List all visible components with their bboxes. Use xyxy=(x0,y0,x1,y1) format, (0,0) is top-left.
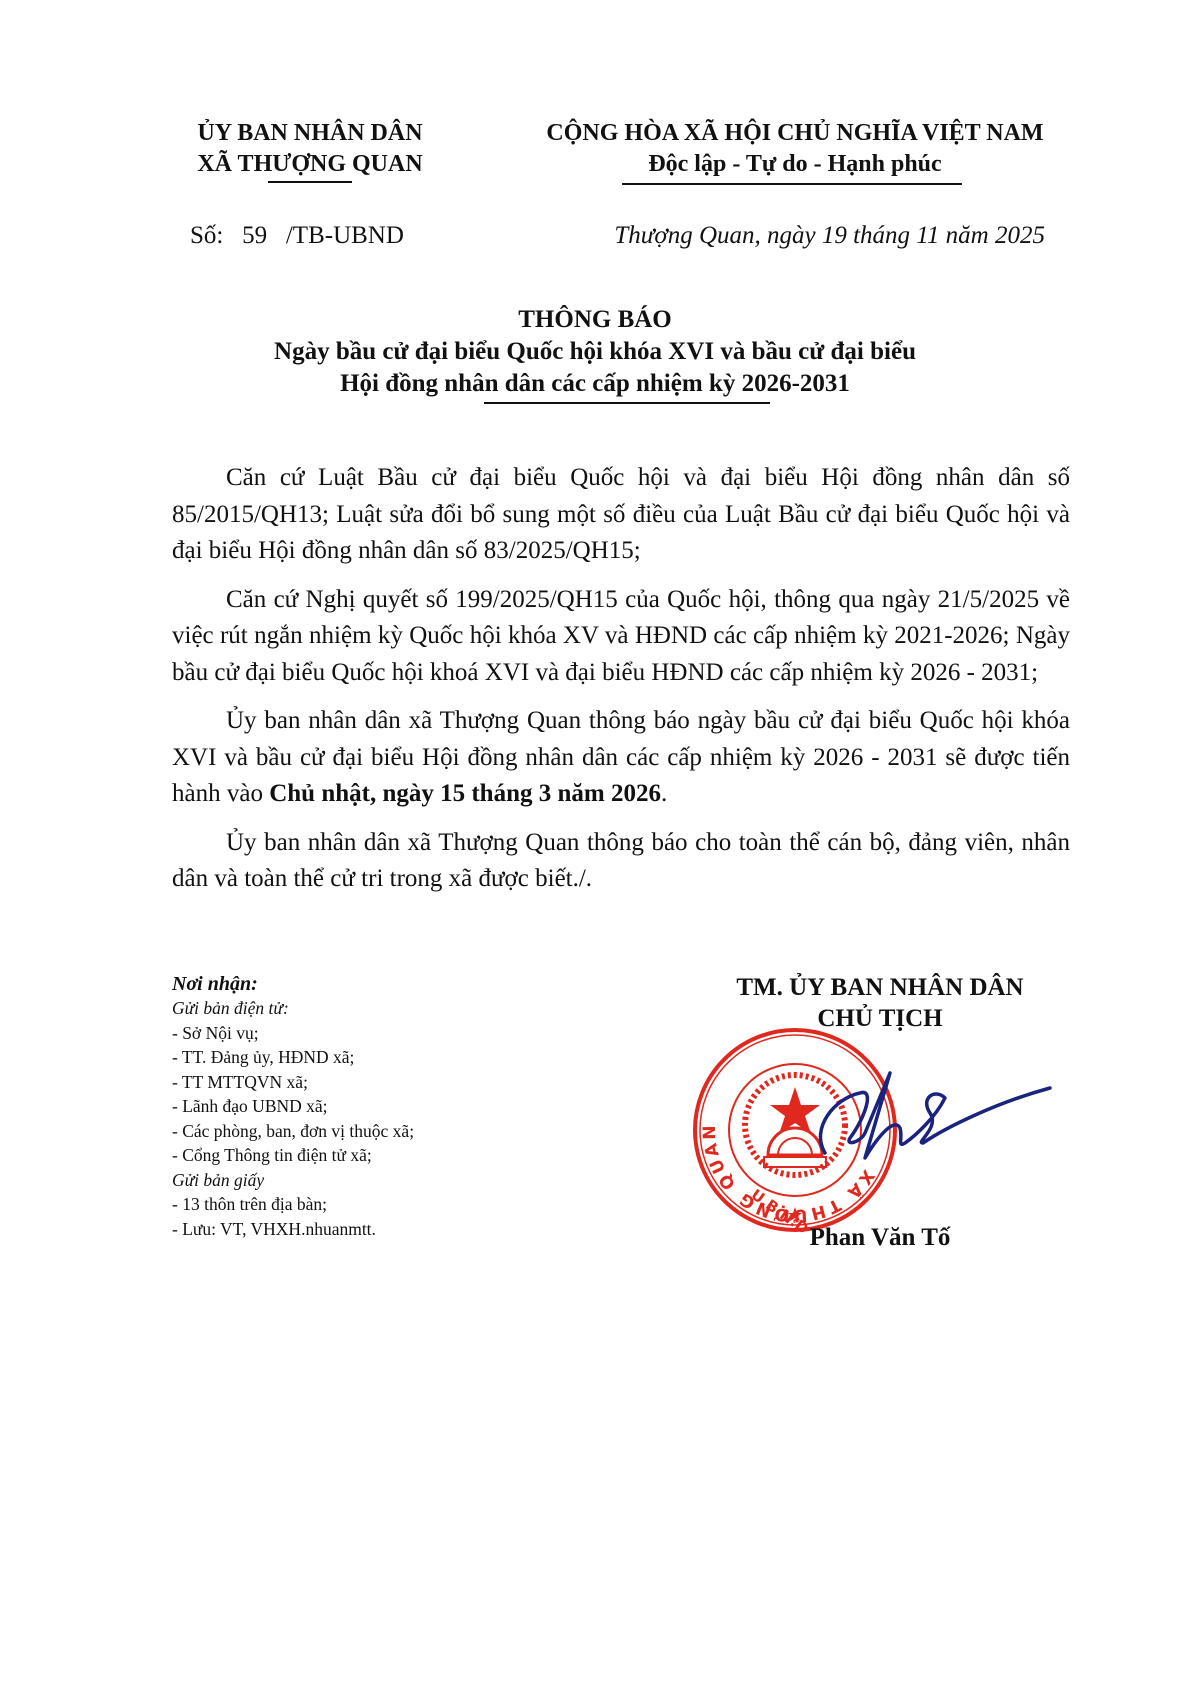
doc-number-value: 59 xyxy=(242,222,267,249)
handwritten-signature-icon xyxy=(805,1058,1055,1168)
title-main: THÔNG BÁO xyxy=(160,304,1030,336)
signer-org: TM. ỦY BAN NHÂN DÂN xyxy=(670,972,1090,1003)
document-number: Số: 59 /TB-UBND xyxy=(190,222,404,250)
country-name: CỘNG HÒA XÃ HỘI CHỦ NGHĨA VIỆT NAM xyxy=(500,118,1090,149)
authority-line-1: ỦY BAN NHÂN DÂN xyxy=(160,118,460,149)
body-paragraph-3: Ủy ban nhân dân xã Thượng Quan thông báo… xyxy=(172,703,1070,813)
recipients-list: Nơi nhận: Gửi bản điện tử: - Sở Nội vụ; … xyxy=(172,972,592,1241)
document-body: Căn cứ Luật Bầu cử đại biểu Quốc hội và … xyxy=(172,460,1070,910)
motto: Độc lập - Tự do - Hạnh phúc xyxy=(500,149,1090,180)
recipients-heading: Nơi nhận: xyxy=(172,972,592,996)
document-title: THÔNG BÁO Ngày bầu cử đại biểu Quốc hội … xyxy=(160,304,1030,400)
recipient-item: - TT MTTQVN xã; xyxy=(172,1070,592,1095)
signer-name: Phan Văn Tố xyxy=(670,1224,1090,1252)
recipient-item: - Sở Nội vụ; xyxy=(172,1021,592,1046)
place-date: Thượng Quan, ngày 19 tháng 11 năm 2025 xyxy=(545,222,1045,250)
title-subtitle-1: Ngày bầu cử đại biểu Quốc hội khóa XVI v… xyxy=(160,336,1030,368)
doc-number-label: Số: xyxy=(190,222,223,249)
motto-underline xyxy=(622,183,962,185)
recipient-item: - Lưu: VT, VHXH.nhuanmtt. xyxy=(172,1217,592,1242)
body-paragraph-1: Căn cứ Luật Bầu cử đại biểu Quốc hội và … xyxy=(172,460,1070,570)
body-paragraph-2: Căn cứ Nghị quyết số 199/2025/QH15 của Q… xyxy=(172,582,1070,692)
election-date: Chủ nhật, ngày 15 tháng 3 năm 2026 xyxy=(269,780,661,807)
doc-number-suffix: /TB-UBND xyxy=(286,222,404,249)
title-underline xyxy=(484,402,770,404)
recipient-item: - TT. Đảng ủy, HĐND xã; xyxy=(172,1045,592,1070)
body-paragraph-4: Ủy ban nhân dân xã Thượng Quan thông báo… xyxy=(172,825,1070,898)
recipient-item: - Cổng Thông tin điện tử xã; xyxy=(172,1143,592,1168)
issuing-authority: ỦY BAN NHÂN DÂN XÃ THƯỢNG QUAN xyxy=(160,118,460,180)
recipient-item: - Các phòng, ban, đơn vị thuộc xã; xyxy=(172,1119,592,1144)
national-motto: CỘNG HÒA XÃ HỘI CHỦ NGHĨA VIỆT NAM Độc l… xyxy=(500,118,1090,180)
authority-underline xyxy=(268,181,352,183)
title-subtitle-2: Hội đồng nhân dân các cấp nhiệm kỳ 2026-… xyxy=(160,368,1030,400)
electronic-copy-label: Gửi bản điện tử: xyxy=(172,996,592,1021)
authority-line-2: XÃ THƯỢNG QUAN xyxy=(160,149,460,180)
recipient-item: - Lãnh đạo UBND xã; xyxy=(172,1094,592,1119)
recipient-item: - 13 thôn trên địa bàn; xyxy=(172,1192,592,1217)
paper-copy-label: Gửi bản giấy xyxy=(172,1168,592,1193)
